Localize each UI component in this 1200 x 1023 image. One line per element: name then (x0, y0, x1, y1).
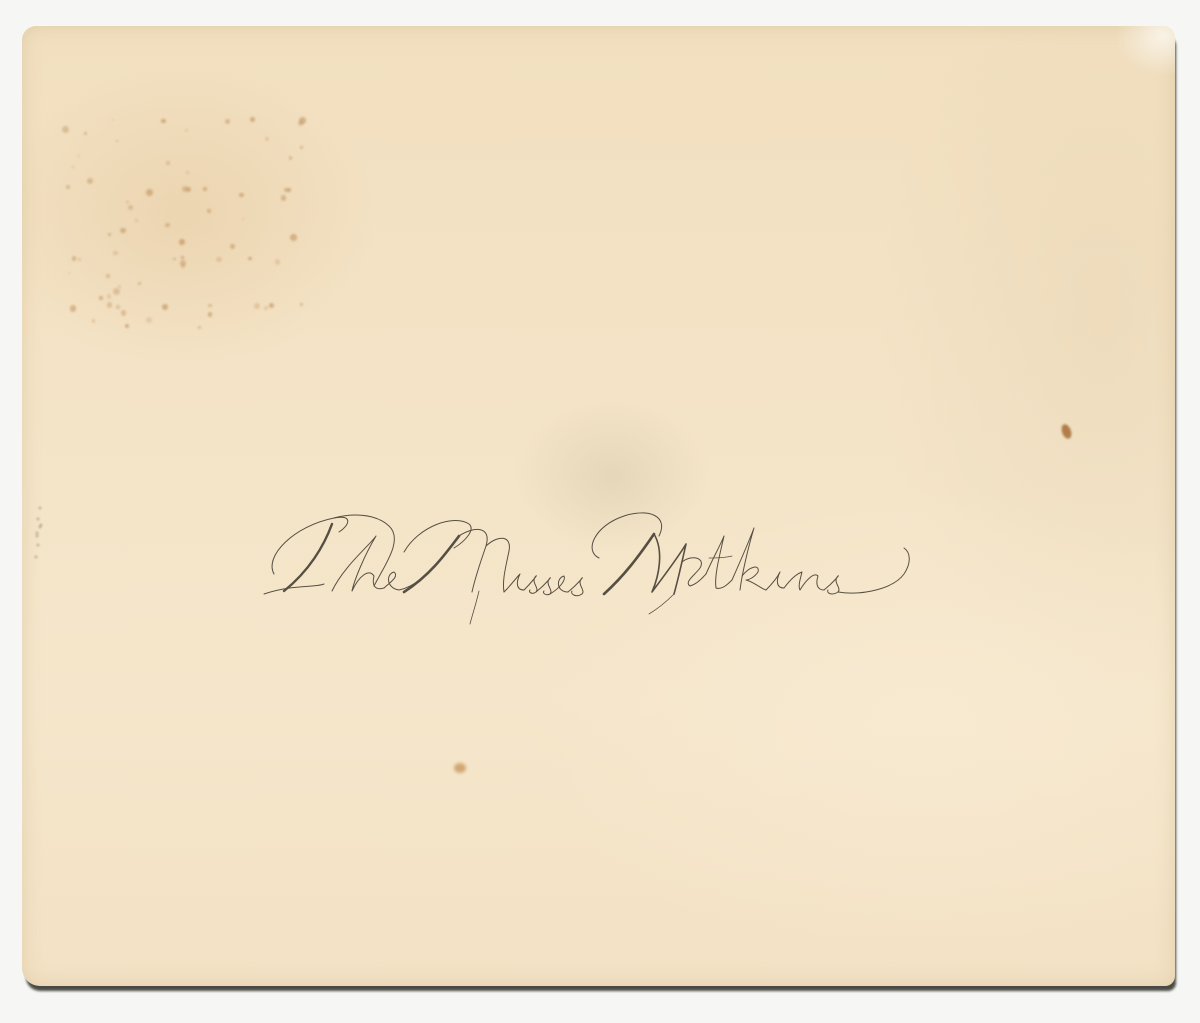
foxing-speck (179, 239, 185, 245)
foxing-speck (68, 272, 70, 274)
foxing-speck (242, 218, 244, 220)
foxing-speck (112, 119, 115, 122)
scan-background: The Misses Watkins (0, 0, 1200, 1023)
foxing-speck (186, 171, 189, 174)
stain-spot (454, 763, 466, 773)
foxing-speck (128, 205, 133, 210)
foxing-speck (84, 132, 87, 135)
foxing-speck (113, 251, 118, 256)
foxing-speck (106, 274, 110, 278)
foxing-speck (264, 306, 268, 310)
foxing-speck (281, 195, 287, 201)
stain-spot (1060, 423, 1074, 440)
foxing-speck (207, 209, 211, 213)
foxing-speck (146, 317, 152, 323)
edge-speck (36, 535, 38, 537)
foxing-speck (72, 166, 75, 169)
foxing-speck (161, 119, 165, 123)
foxing-speck (173, 258, 175, 260)
foxing-speck (113, 288, 120, 295)
foxing-speck (298, 121, 303, 126)
foxing-speck (269, 303, 274, 308)
foxing-speck (239, 193, 243, 197)
foxing-speck (166, 161, 170, 165)
foxing-speck (78, 258, 81, 261)
foxing-speck (70, 305, 76, 311)
foxing-speck (135, 219, 138, 222)
foxing-speck (107, 294, 111, 298)
handwritten-address: The Misses Watkins (254, 496, 934, 636)
edge-speck (35, 556, 37, 558)
edge-speck (39, 507, 41, 509)
foxing-speck (87, 178, 93, 184)
foxing-speck (290, 234, 296, 240)
foxing-speck (77, 155, 79, 157)
foxing-speck (208, 304, 211, 307)
envelope: The Misses Watkins (22, 26, 1175, 986)
foxing-speck (99, 296, 103, 300)
foxing-speck (250, 117, 255, 122)
foxing-speck (121, 310, 127, 316)
foxing-speck (62, 126, 69, 133)
foxing-speck (203, 187, 207, 191)
foxing-speck (118, 285, 121, 288)
foxing-speck (125, 324, 129, 328)
foxing-speck (230, 244, 236, 250)
corner-wear (1115, 26, 1175, 76)
foxing-speck (66, 185, 70, 189)
foxing-speck (300, 146, 303, 149)
foxing-speck (146, 189, 153, 196)
edge-speck (40, 524, 42, 526)
foxing-speck (165, 223, 170, 228)
foxing-speck (92, 319, 95, 322)
foxing-speck (181, 256, 184, 259)
foxing-speck (116, 305, 120, 309)
foxing-speck (300, 303, 303, 306)
foxing-speck (120, 228, 125, 233)
foxing-speck (108, 233, 112, 237)
foxing-speck (275, 259, 280, 264)
foxing-speck (126, 201, 129, 204)
foxing-speck (225, 119, 230, 124)
foxing-speck (185, 129, 188, 132)
foxing-speck (265, 137, 269, 141)
foxing-speck (254, 303, 260, 309)
foxing-speck (162, 304, 168, 310)
edge-speck (36, 532, 38, 534)
foxing-speck (216, 257, 221, 262)
foxing-speck (107, 302, 112, 307)
edge-speck (37, 518, 39, 520)
address-text: The Misses Watkins (254, 496, 934, 636)
edge-speck (37, 544, 39, 546)
foxing-speck (138, 282, 141, 285)
foxing-speck (284, 188, 288, 192)
foxing-speck (181, 264, 185, 268)
foxing-speck (208, 312, 212, 316)
edge-speck (39, 526, 41, 528)
foxing-speck (116, 140, 118, 142)
foxing-speck (248, 257, 251, 260)
foxing-speck (198, 326, 201, 329)
foxing-speck (72, 256, 76, 260)
foxing-speck (289, 156, 293, 160)
